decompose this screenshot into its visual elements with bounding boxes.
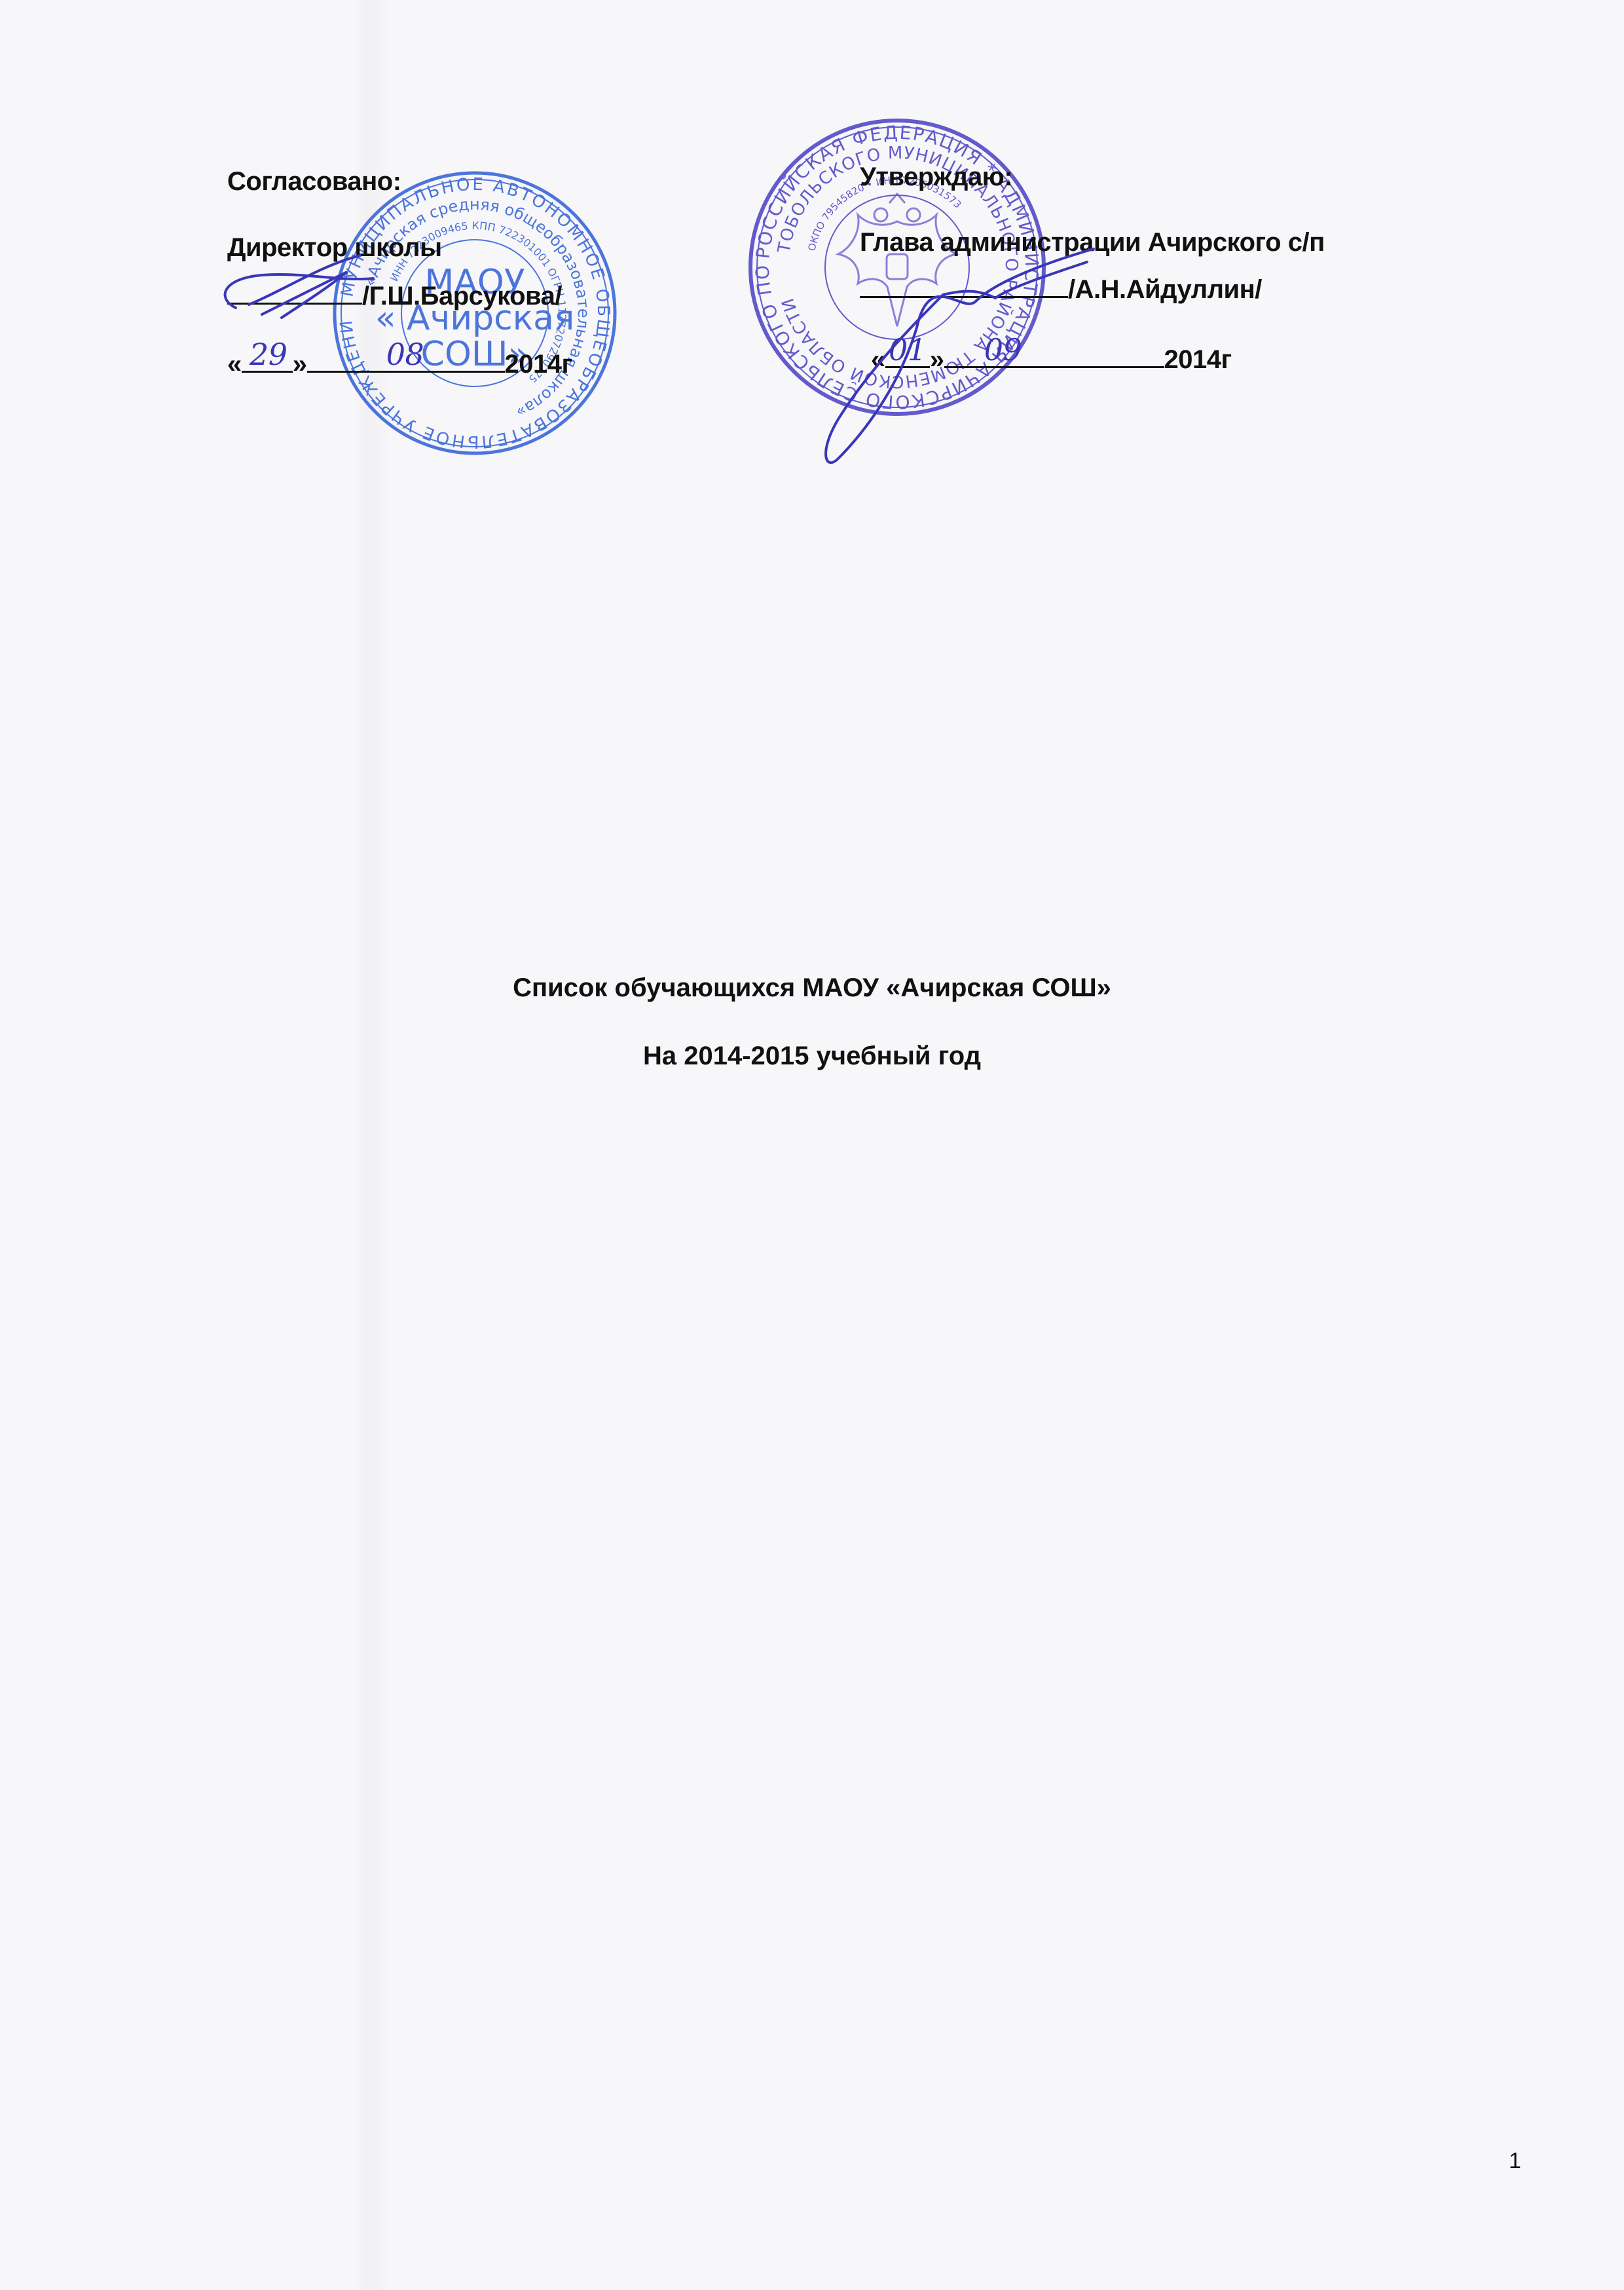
coat-of-arms-icon <box>838 194 956 326</box>
director-date-line: «29»082014г <box>227 348 572 377</box>
academic-year: На 2014-2015 учебный год <box>0 1042 1624 1071</box>
head-position: Глава администрации Ачирского с/п <box>860 229 1325 255</box>
school-stamp-graphic: МУНИЦИПАЛЬНОЕ АВТОНОМНОЕ ОБЩЕОБРАЗОВАТЕЛ… <box>331 169 619 457</box>
approve-heading: Утверждаю: <box>860 164 1012 190</box>
handwritten-month: 09 <box>970 335 1036 365</box>
signature-blank <box>227 280 362 305</box>
close-quote: » <box>930 345 944 374</box>
month-blank: 09 <box>944 344 1164 368</box>
date-year: 2014г <box>505 350 572 379</box>
handwritten-day: 29 <box>246 339 291 369</box>
director-signature-line: /Г.Ш.Барсукова/ <box>227 280 562 309</box>
month-blank: 08 <box>307 348 505 373</box>
date-year: 2014г <box>1164 345 1232 374</box>
administration-stamp: РОССИЙСКАЯ ФЕДЕРАЦИЯ * АДМИНИСТРАЦИЯ АЧИ… <box>747 117 1048 418</box>
open-quote: « <box>227 350 242 379</box>
head-name: /А.Н.Айдуллин/ <box>1068 275 1262 304</box>
page-number: 1 <box>1509 2149 1521 2174</box>
director-position: Директор школы <box>227 235 442 261</box>
handwritten-month: 08 <box>373 339 438 369</box>
day-blank: 01 <box>885 344 930 368</box>
signature-blank <box>860 274 1068 298</box>
document-page: МУНИЦИПАЛЬНОЕ АВТОНОМНОЕ ОБЩЕОБРАЗОВАТЕЛ… <box>0 0 1624 2290</box>
head-signature-line: /А.Н.Айдуллин/ <box>860 274 1262 303</box>
school-stamp: МУНИЦИПАЛЬНОЕ АВТОНОМНОЕ ОБЩЕОБРАЗОВАТЕЛ… <box>331 169 619 457</box>
open-quote: « <box>871 345 885 374</box>
agreed-heading: Согласовано: <box>227 168 401 195</box>
head-date-line: «01»092014г <box>871 344 1232 373</box>
director-name: /Г.Ш.Барсукова/ <box>362 282 562 310</box>
document-title: Список обучающихся МАОУ «Ачирская СОШ» <box>0 973 1624 1003</box>
day-blank: 29 <box>242 348 293 373</box>
handwritten-day: 01 <box>885 335 930 365</box>
close-quote: » <box>293 350 307 379</box>
administration-stamp-graphic: РОССИЙСКАЯ ФЕДЕРАЦИЯ * АДМИНИСТРАЦИЯ АЧИ… <box>747 117 1048 418</box>
